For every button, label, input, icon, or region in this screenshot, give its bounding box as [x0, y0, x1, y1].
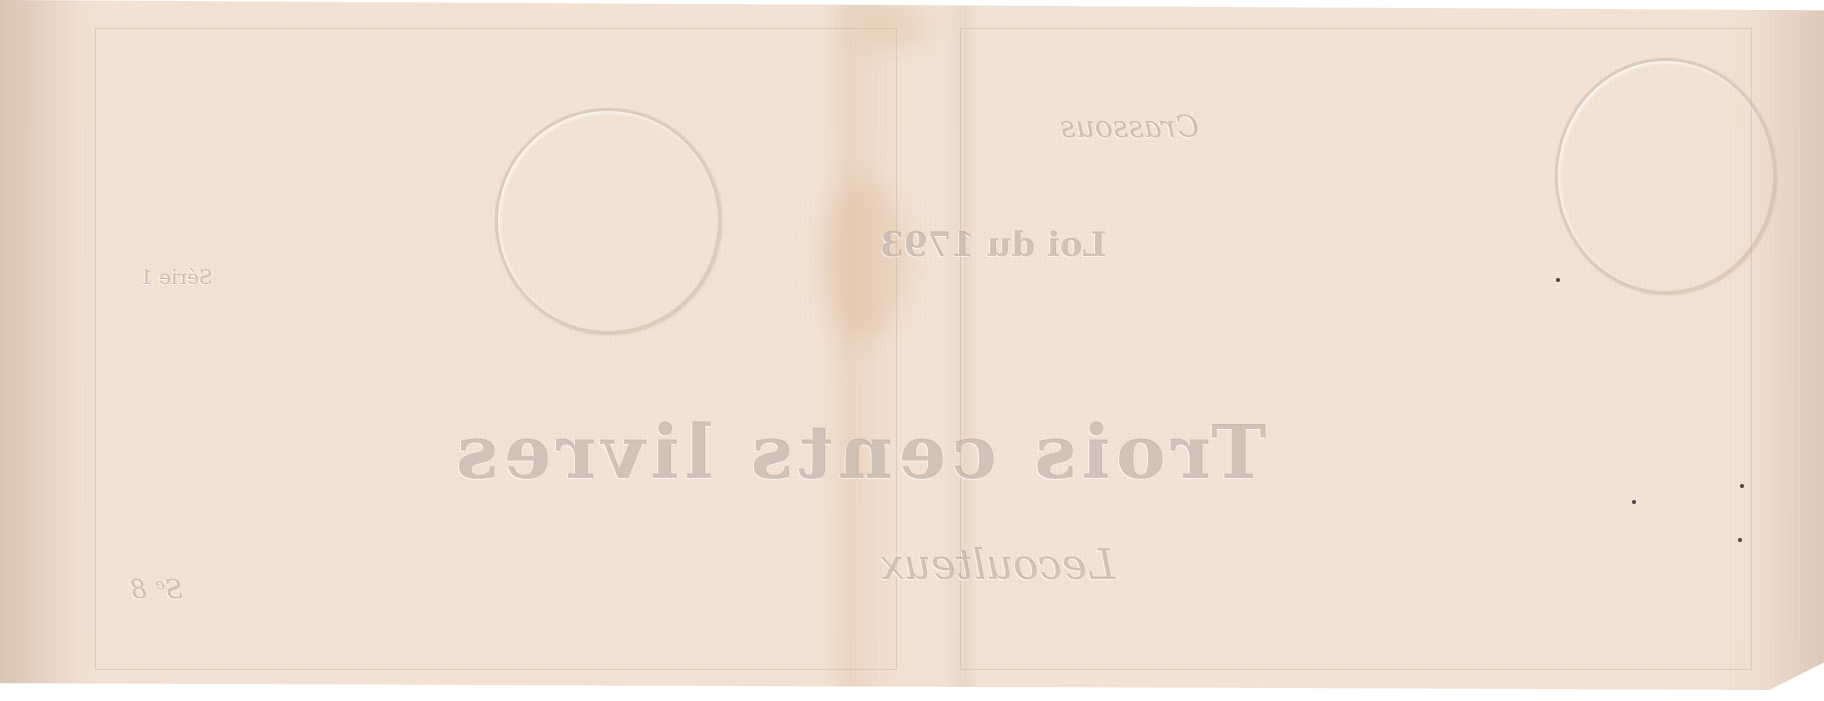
left-panel-border: [95, 28, 897, 670]
ink-speck: [1556, 278, 1560, 282]
dry-seal-left: [495, 108, 721, 334]
ink-speck: [1738, 538, 1742, 542]
denomination-text: Trois cents livres: [450, 410, 1266, 496]
water-stain: [860, 0, 930, 50]
signature-bottom: Lecoulteux: [880, 540, 1115, 589]
signature-top: Crassous: [1060, 110, 1199, 145]
dry-seal-right: [1555, 58, 1776, 294]
law-text: Loi du 1793: [880, 225, 1106, 265]
ink-speck: [1740, 484, 1744, 488]
photo-stage: Trois cents livres Loi du 1793 Crassous …: [0, 0, 1824, 701]
series-label: Série 1: [140, 265, 212, 289]
serial-number: Sᵉ 8: [130, 575, 183, 605]
banknote-paper: Trois cents livres Loi du 1793 Crassous …: [0, 0, 1824, 690]
ink-speck: [1632, 500, 1636, 504]
